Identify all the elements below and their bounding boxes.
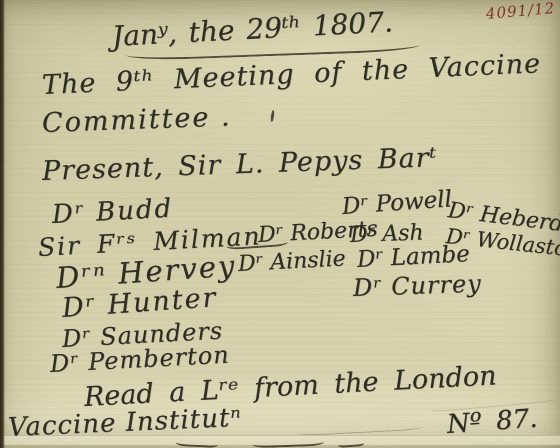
- cutoff-stroke: [176, 439, 218, 448]
- attendee-name: Dʳ Budd: [51, 194, 174, 230]
- heading-line-1: The 9ᵗʰ Meeting of the Vaccine: [41, 48, 541, 101]
- ink-blot: [270, 110, 275, 122]
- attendee-name: Dʳ Currey: [353, 270, 483, 302]
- page-number: Nº 87.: [446, 404, 538, 440]
- attendee-name: Dʳ Ainslie: [237, 246, 346, 277]
- attendee-name: Dʳ Powell: [341, 186, 453, 220]
- cutoff-stroke: [338, 440, 364, 448]
- manuscript-page: 4091/12 Janʸ, the 29ᵗʰ 1807. The 9ᵗʰ Mee…: [0, 0, 560, 448]
- attendee-name: Dʳ Lambe: [356, 241, 470, 273]
- heading-line-2: Committee .: [41, 101, 232, 139]
- present-line: Present, Sir L. Pepys Barᵗ: [41, 142, 437, 187]
- catalog-number: 4091/12: [485, 0, 556, 23]
- dash-flourish: [296, 424, 424, 437]
- letter-line-2: Vaccine Institutⁿ: [7, 403, 242, 443]
- cutoff-stroke: [252, 438, 324, 448]
